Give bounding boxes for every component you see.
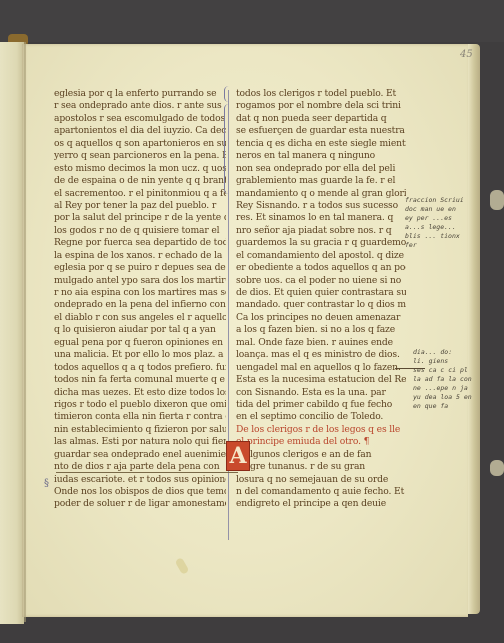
text-line: guardar sea ondeprado enel auenimie bbox=[54, 449, 226, 461]
bracket-mark bbox=[224, 86, 233, 102]
text-line: los godos r no de q quisiere tomar el bbox=[54, 225, 226, 237]
marginal-note-line: yu dea loa 5 en bbox=[413, 393, 472, 402]
text-line: ondeprado en la pena del infierno con bbox=[54, 299, 226, 311]
text-line: el diablo r con sus angeles el r aquello… bbox=[54, 312, 226, 324]
text-line: Esta es la nucesima estatucion del Rey bbox=[236, 374, 406, 386]
marginal-note-line: la ad fa la con bbox=[413, 375, 472, 384]
text-line: egual pena por q fueron opiniones en bbox=[54, 337, 226, 349]
text-line: De los clerigos r de los legos q es lle bbox=[236, 424, 406, 436]
gutter-fold bbox=[24, 42, 26, 622]
text-line: mandamiento q o mende al gran glorioso bbox=[236, 188, 406, 200]
marginal-note-line: en que fa bbox=[413, 402, 472, 411]
text-line: a los q fazen bien. si no a los q faze bbox=[236, 324, 406, 336]
text-line: Regne por fuerca sea departido de toda bbox=[54, 237, 226, 249]
dark-backdrop-top bbox=[0, 0, 504, 42]
marginal-note-line: fer bbox=[405, 241, 464, 250]
binding-cord-lower bbox=[490, 460, 504, 476]
text-line: Ca los principes no deuen amenazar bbox=[236, 312, 406, 324]
text-line: mandado. quer contrastar lo q dios mando… bbox=[236, 299, 406, 311]
text-line: apartonientos el dia del iuyzio. Ca dech… bbox=[54, 125, 226, 137]
text-line: Rey Sisnando. r a todos sus sucesso bbox=[236, 200, 406, 212]
text-line: esto mismo decimos la mon ucz. q uos bbox=[54, 163, 226, 175]
text-line: sobre uos. ca el poder no uiene si no bbox=[236, 275, 406, 287]
marginal-note-line: li. giens bbox=[413, 357, 472, 366]
text-line: yerro q sean parcioneros en la pena. Et bbox=[54, 150, 226, 162]
text-line: apostolos r sea escomulgado de todos sus bbox=[54, 113, 226, 125]
text-line: os q aquellos q son apartonieros en sul bbox=[54, 138, 226, 150]
text-line: con Sisnando. Esta es la una. par bbox=[236, 387, 406, 399]
text-line: poder de soluer r de ligar amonestamos bbox=[54, 498, 226, 510]
text-line: eglesia por q la enferto purrando se bbox=[54, 88, 226, 100]
text-line: lgunos clerigos e an de fan bbox=[236, 449, 406, 461]
text-line: res. Et sinamos lo en tal manera. q bbox=[236, 212, 406, 224]
binding-cord-upper bbox=[490, 190, 504, 210]
text-line: por la salut del principe r de la yente … bbox=[54, 212, 226, 224]
text-line: rogamos por el nombre dela sci trini bbox=[236, 100, 406, 112]
text-line: la espina de los xanos. r echado de la bbox=[54, 250, 226, 262]
text-line: todos nin fa ferta comunal muerte q e bbox=[54, 374, 226, 386]
text-line: dat q non pueda seer departida q bbox=[236, 113, 406, 125]
decorated-initial: A bbox=[226, 441, 250, 471]
text-line: una malicia. Et por ello lo mos plaz. a bbox=[54, 349, 226, 361]
text-line: endigreto el principe a qen deuie bbox=[236, 498, 406, 510]
text-line: rigos r todo el pueblo dixeron que omie … bbox=[54, 399, 226, 411]
text-line: nro señor aja piadat sobre nos. r q bbox=[236, 225, 406, 237]
text-line: r no aia espina con los martires mas sea bbox=[54, 287, 226, 299]
marginal-note-upper: fraccion Scriuidoc man ue eney per ...es… bbox=[405, 196, 464, 250]
marginal-note-lower: dia... do:li. giensses ca c ci plla ad f… bbox=[413, 348, 472, 411]
text-line: r sea ondeprado ante dios. r ante sus bbox=[54, 100, 226, 112]
marginal-note-line: ses ca c ci pl bbox=[413, 366, 472, 375]
text-column-right: todos los clerigos r todel pueblo. Etrog… bbox=[236, 88, 406, 511]
text-line: n del comandamento q auie fecho. Et bbox=[236, 486, 406, 498]
text-line: non sea ondeprado por ella del peli bbox=[236, 163, 406, 175]
text-line: nin establecimiento q fizieron por salud… bbox=[54, 424, 226, 436]
marginal-note-line: ne ...epe n ja bbox=[413, 384, 472, 393]
text-line: en el septimo concilio de Toledo. bbox=[236, 411, 406, 423]
text-line: neros en tal manera q ninguno bbox=[236, 150, 406, 162]
folio-number: 45 bbox=[460, 49, 473, 60]
text-column-left: eglesia por q la enferto purrando ser se… bbox=[54, 88, 226, 511]
text-line: mulgado antel ypo sara dos los martires bbox=[54, 275, 226, 287]
text-line: mal. Onde faze bien. r auines ende bbox=[236, 337, 406, 349]
text-line: loança. mas el q es ministro de dios. bbox=[236, 349, 406, 361]
text-line: timieron conta ella nin fierta r contra … bbox=[54, 411, 226, 423]
text-line: q lo quisieron aiudar por tal q a yan bbox=[54, 324, 226, 336]
facing-page-edge bbox=[0, 42, 24, 624]
text-line: tida del primer cabildo q fue fecho bbox=[236, 399, 406, 411]
text-line: las almas. Esti por natura nolo qui fier… bbox=[54, 436, 226, 448]
marginal-note-line: a...s lege... bbox=[405, 223, 464, 232]
marginal-note-line: doc man ue en bbox=[405, 205, 464, 214]
marginal-note-line: dia... do: bbox=[413, 348, 472, 357]
text-line: losura q no semejauan de su orde bbox=[236, 474, 406, 486]
text-line: todos aquellos q a q todos prefiero. fum… bbox=[54, 362, 226, 374]
text-line: el sacrementoo. r el pinitonmiou q a fec… bbox=[54, 188, 226, 200]
text-line: se esfuerçen de guardar esta nuestra sen bbox=[236, 125, 406, 137]
text-line: iudas escariote. et r todos sus opinione… bbox=[54, 474, 226, 486]
underline-mark bbox=[56, 472, 238, 473]
text-line: dicha mas uezes. Et esto dize todos los … bbox=[54, 387, 226, 399]
text-line: al Rey por tener la paz del pueblo. r bbox=[54, 200, 226, 212]
paragraph-mark-icon: § bbox=[44, 478, 49, 489]
text-line: de dios. Et quien quier contrastara su bbox=[236, 287, 406, 299]
marginal-note-line: blis ... tionx bbox=[405, 232, 464, 241]
text-line: grablemiento mas guarde la fe. r el bbox=[236, 175, 406, 187]
text-line: el comandamiento del apostol. q dize se bbox=[236, 250, 406, 262]
text-line: guardemos la su gracia r q guardemos bbox=[236, 237, 406, 249]
text-line: el principe emiuda del otro. ¶ bbox=[236, 436, 406, 448]
marginal-note-line: fraccion Scriui bbox=[405, 196, 464, 205]
bracket-mark bbox=[224, 104, 233, 194]
text-line: uengadel mal en aquellos q lo fazen. bbox=[236, 362, 406, 374]
text-line: Onde nos los obispos de dios que temos bbox=[54, 486, 226, 498]
text-line: eglesia por q se puiro r depues sea desc… bbox=[54, 262, 226, 274]
text-line: de de espaina o de nin yente q q brantar bbox=[54, 175, 226, 187]
text-line: tencia q es dicha en este siegle mientra… bbox=[236, 138, 406, 150]
text-line: er obediente a todos aquellos q an poder bbox=[236, 262, 406, 274]
marginal-note-line: ey per ...es bbox=[405, 214, 464, 223]
text-line: todos los clerigos r todel pueblo. Et bbox=[236, 88, 406, 100]
text-line: gre tunanus. r de su gran bbox=[236, 461, 406, 473]
